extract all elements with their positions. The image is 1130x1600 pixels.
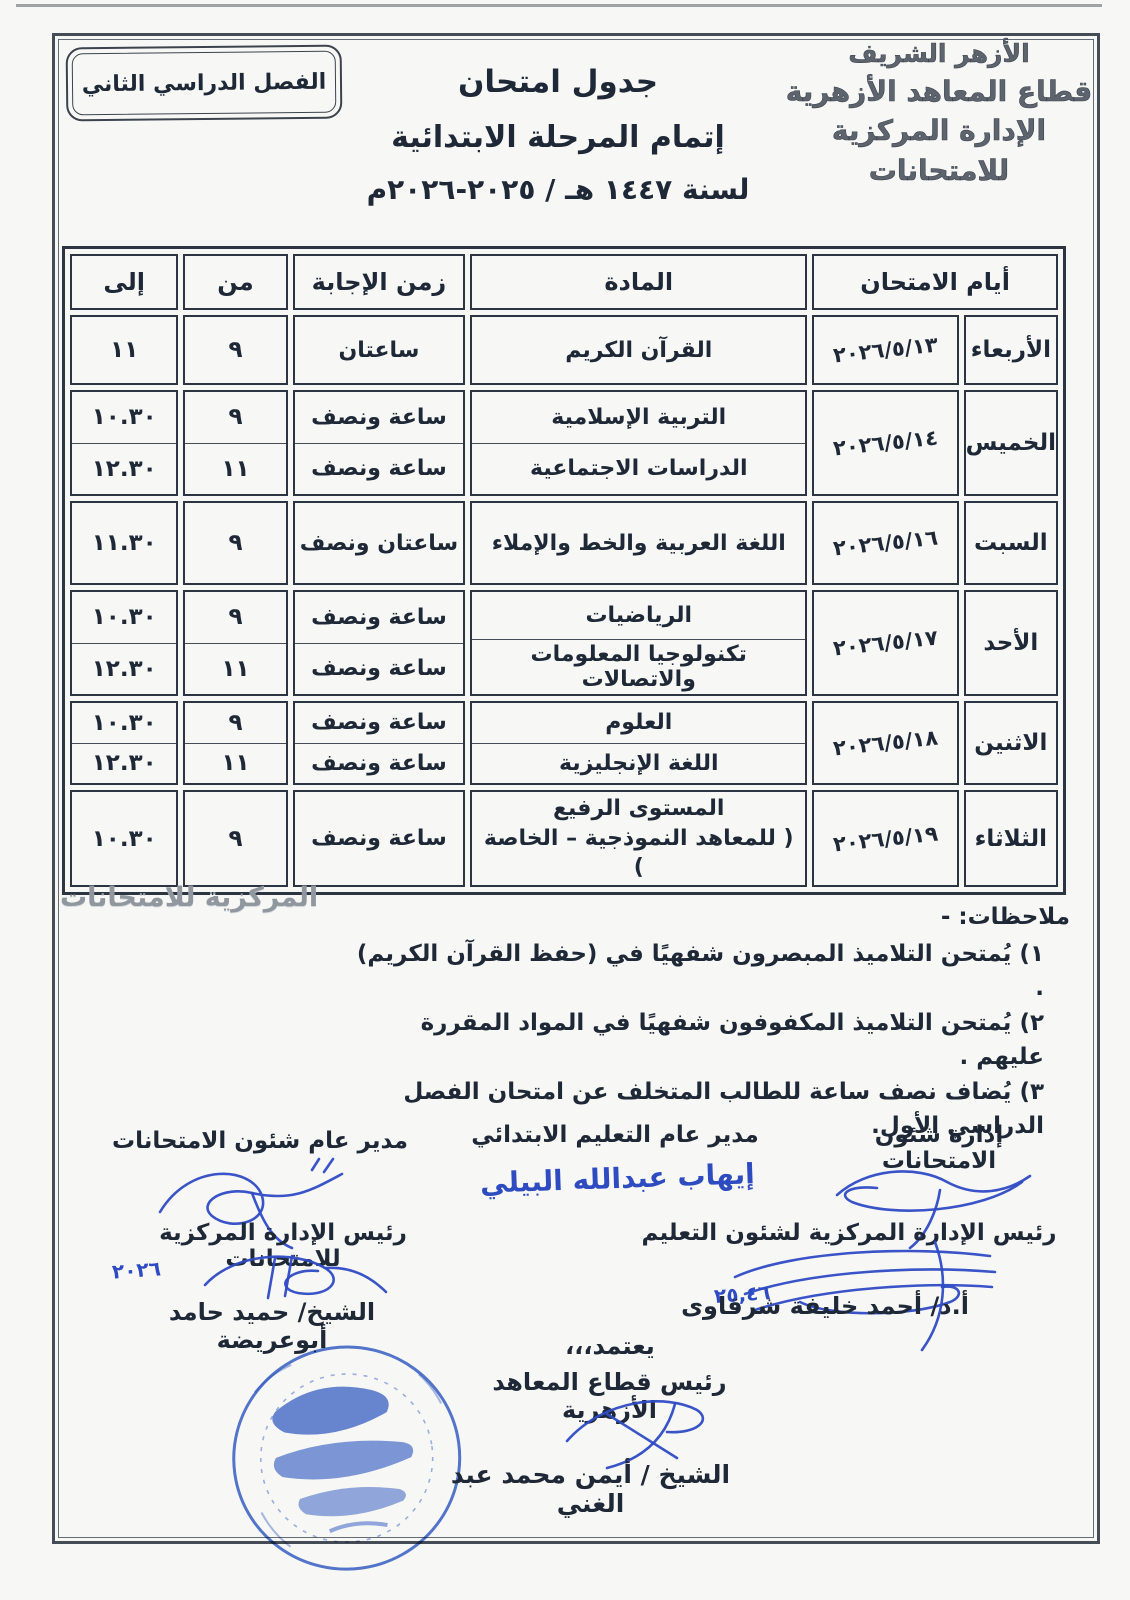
subject-value: تكنولوجيا المعلومات والاتصالات — [472, 639, 805, 694]
to-value: ١١.٣٠ — [72, 503, 176, 583]
subject-cell: التربية الإسلاميةالدراسات الاجتماعية — [470, 390, 807, 496]
scanned-exam-schedule-page: الفصل الدراسي الثاني الأزهر الشريف قطاع … — [0, 0, 1130, 1600]
table-header-row: أيام الامتحان المادة زمن الإجابة من إلى — [70, 254, 1058, 310]
exam-table-wrap: أيام الامتحان المادة زمن الإجابة من إلى … — [62, 246, 1066, 895]
exam-date-cell: ٢٠٢٦/٥/١٣ — [812, 315, 958, 385]
subject-cell: العلوماللغة الإنجليزية — [470, 701, 807, 785]
day-name-cell: الأربعاء — [964, 315, 1058, 385]
to-value: ١٢.٣٠ — [72, 443, 176, 495]
day-name-cell: الخميس — [964, 390, 1058, 496]
exam-date-cell: ٢٠٢٦/٥/١٩ — [812, 790, 958, 887]
subject-cell: الرياضياتتكنولوجيا المعلومات والاتصالات — [470, 590, 807, 696]
signature-approval — [545, 1386, 725, 1471]
duration-value: ساعة ونصف — [295, 703, 464, 743]
from-value: ١١ — [185, 443, 285, 495]
from-value: ٩ — [185, 703, 285, 743]
header-exam-days: أيام الامتحان — [812, 254, 1058, 310]
to-cell: ١١ — [70, 315, 178, 385]
title-block: جدول امتحان إتمام المرحلة الابتدائية لسن… — [358, 64, 758, 206]
to-value: ١٠.٣٠ — [72, 792, 176, 885]
page-subtitle: إتمام المرحلة الابتدائية — [358, 120, 758, 155]
term-badge-label: الفصل الدراسي الثاني — [72, 51, 337, 116]
from-value: ٩ — [185, 317, 285, 383]
from-value: ٩ — [185, 792, 285, 885]
from-value: ٩ — [185, 592, 285, 643]
header-to: إلى — [70, 254, 178, 310]
duration-value: ساعة ونصف — [295, 643, 464, 695]
exam-day-row: الثلاثاء٢٠٢٦/٥/١٩المستوى الرفيع( للمعاهد… — [70, 790, 1058, 887]
subject-value: العلوم — [472, 703, 805, 743]
to-value: ١٠.٣٠ — [72, 392, 176, 443]
sig-name-edu-central-head: أ.د/ أحمد خليفة شرقاوى — [665, 1292, 985, 1320]
letterhead-line-1: الأزهر الشريف — [784, 36, 1094, 72]
from-cell: ٩١١ — [183, 390, 287, 496]
exam-day-row: الأحد٢٠٢٦/٥/١٧الرياضياتتكنولوجيا المعلوم… — [70, 590, 1058, 696]
to-value: ١٢.٣٠ — [72, 643, 176, 695]
duration-cell: ساعة ونصفساعة ونصف — [293, 590, 466, 696]
exam-date-cell: ٢٠٢٦/٥/١٨ — [812, 701, 958, 785]
from-cell: ٩١١ — [183, 701, 287, 785]
duration-cell: ساعة ونصفساعة ونصف — [293, 701, 466, 785]
to-value: ١٢.٣٠ — [72, 743, 176, 784]
page-title: جدول امتحان — [358, 64, 758, 100]
header-subject: المادة — [470, 254, 807, 310]
duration-cell: ساعة ونصفساعة ونصف — [293, 390, 466, 496]
from-cell: ٩١١ — [183, 590, 287, 696]
signature-exam-head-digit-scribble: ٢٠٢٦ — [111, 1256, 161, 1283]
duration-value: ساعة ونصف — [295, 592, 464, 643]
day-name-cell: السبت — [964, 501, 1058, 585]
notes-title: ملاحظات: - — [350, 900, 1070, 935]
exam-table-body: الأربعاء٢٠٢٦/٥/١٣القرآن الكريمساعتان٩١١ا… — [70, 315, 1058, 887]
subject-value: الرياضيات — [472, 592, 805, 639]
scan-artifact-line — [16, 4, 1102, 7]
to-value: ١٠.٣٠ — [72, 703, 176, 743]
day-name-cell: الاثنين — [964, 701, 1058, 785]
from-value: ١١ — [185, 743, 285, 784]
duration-cell: ساعة ونصف — [293, 790, 466, 887]
to-cell: ١٠.٣٠ — [70, 790, 178, 887]
subject-cell: القرآن الكريم — [470, 315, 807, 385]
note-item-1: ١) يُمتحن التلاميذ المبصرون شفهيًا في (ح… — [350, 937, 1070, 1006]
exam-schedule-table: أيام الامتحان المادة زمن الإجابة من إلى … — [62, 246, 1066, 895]
subject-value: التربية الإسلامية — [472, 392, 805, 443]
from-cell: ٩ — [183, 790, 287, 887]
exam-day-row: الاثنين٢٠٢٦/٥/١٨العلوماللغة الإنجليزيةسا… — [70, 701, 1058, 785]
subject-value: الدراسات الاجتماعية — [472, 443, 805, 495]
letterhead-line-3: الإدارة المركزية للامتحانات — [784, 111, 1094, 191]
to-cell: ١٠.٣٠١٢.٣٠ — [70, 701, 178, 785]
to-value: ١١ — [72, 317, 176, 383]
term-badge: الفصل الدراسي الثاني — [66, 45, 343, 122]
note-item-2: ٢) يُمتحن التلاميذ المكفوفون شفهيًا في ا… — [350, 1006, 1070, 1075]
duration-value: ساعتان — [295, 317, 464, 383]
subject-value: اللغة العربية والخط والإملاء — [472, 503, 805, 583]
approval-name: الشيخ / أيمن محمد عبد الغني — [418, 1460, 763, 1518]
duration-value: ساعة ونصف — [295, 743, 464, 784]
duration-cell: ساعتان — [293, 315, 466, 385]
duration-value: ساعتان ونصف — [295, 503, 464, 583]
letterhead: الأزهر الشريف قطاع المعاهد الأزهرية الإد… — [784, 36, 1094, 191]
subject-value: اللغة الإنجليزية — [472, 743, 805, 784]
subject-cell: المستوى الرفيع( للمعاهد النموذجية – الخا… — [470, 790, 807, 887]
watermark-text: المركزية للامتحانات — [60, 882, 318, 913]
exam-date-cell: ٢٠٢٦/٥/١٧ — [812, 590, 958, 696]
day-name-cell: الأحد — [964, 590, 1058, 696]
day-name-cell: الثلاثاء — [964, 790, 1058, 887]
duration-value: ساعة ونصف — [295, 792, 464, 885]
exam-day-row: الخميس٢٠٢٦/٥/١٤التربية الإسلاميةالدراسات… — [70, 390, 1058, 496]
approval-word: يعتمد،،، — [520, 1332, 700, 1360]
to-cell: ١٠.٣٠١٢.٣٠ — [70, 390, 178, 496]
notes-section: ملاحظات: - ١) يُمتحن التلاميذ المبصرون ش… — [350, 900, 1070, 1144]
exam-day-row: السبت٢٠٢٦/٥/١٦اللغة العربية والخط والإمل… — [70, 501, 1058, 585]
page-year-line: لسنة ١٤٤٧ هـ / ٢٠٢٥-٢٠٢٦م — [358, 173, 758, 206]
letterhead-line-2: قطاع المعاهد الأزهرية — [784, 72, 1094, 112]
to-cell: ١٠.٣٠١٢.٣٠ — [70, 590, 178, 696]
subject-cell: اللغة العربية والخط والإملاء — [470, 501, 807, 585]
from-value: ٩ — [185, 392, 285, 443]
from-cell: ٩ — [183, 315, 287, 385]
duration-value: ساعة ونصف — [295, 443, 464, 495]
header-from: من — [183, 254, 287, 310]
exam-date-cell: ٢٠٢٦/٥/١٤ — [812, 390, 958, 496]
from-value: ١١ — [185, 643, 285, 695]
exam-day-row: الأربعاء٢٠٢٦/٥/١٣القرآن الكريمساعتان٩١١ — [70, 315, 1058, 385]
to-value: ١٠.٣٠ — [72, 592, 176, 643]
sig-title-primary-edu-director: مدير عام التعليم الابتدائي — [445, 1122, 785, 1148]
subject-value: القرآن الكريم — [472, 317, 805, 383]
duration-value: ساعة ونصف — [295, 392, 464, 443]
duration-cell: ساعتان ونصف — [293, 501, 466, 585]
from-cell: ٩ — [183, 501, 287, 585]
header-duration: زمن الإجابة — [293, 254, 466, 310]
subject-value: المستوى الرفيع( للمعاهد النموذجية – الخا… — [472, 792, 805, 885]
exam-date-cell: ٢٠٢٦/٥/١٦ — [812, 501, 958, 585]
from-value: ٩ — [185, 503, 285, 583]
to-cell: ١١.٣٠ — [70, 501, 178, 585]
